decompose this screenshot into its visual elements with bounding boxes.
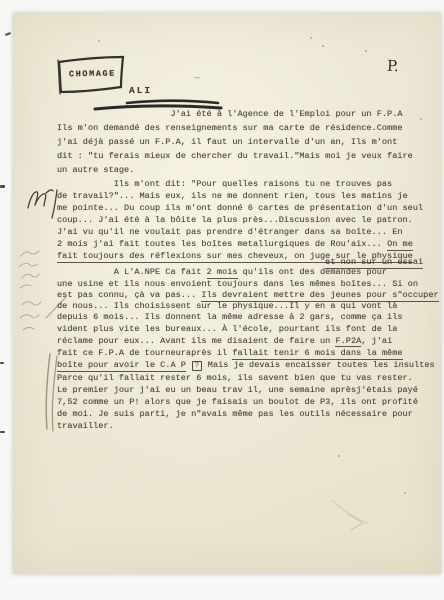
text-run <box>57 257 325 267</box>
paragraph: A L'A.NPE Ca fait 2 mois qu'ils ont des … <box>57 266 437 432</box>
typed-line: j'ai déjà passé un F.P.A, il faut un int… <box>57 136 437 150</box>
text-run: j'ai déjà passé un F.P.A, il faut un int… <box>57 137 397 147</box>
typed-line: est pas connu, çà va pas... Ils devraien… <box>57 290 437 300</box>
text-run: une usine et ils nous envoient toujours … <box>57 279 418 289</box>
scan-background: { "page": { "stamp_label": "CHOMAGE", "t… <box>0 0 444 600</box>
typed-line: Le premier jour j'ai eu un beau trav il,… <box>57 384 437 396</box>
typed-line: Ils m'ont dit: "Pour quelles raisons tu … <box>57 178 437 190</box>
paper-speck <box>365 50 367 52</box>
edge-mark <box>0 431 5 433</box>
text-run: Mais je devais encaisser toutes les insu… <box>203 360 435 370</box>
typed-text: J'ai été à l'Agence de l'Emploi pour un … <box>57 108 437 432</box>
typed-line: J'ai vu qu'il ne voulait pas prendre d'é… <box>57 226 437 238</box>
paper-speck <box>338 455 340 457</box>
typed-line: 2 mois j'ai fait toutes les boîtes metal… <box>57 238 437 250</box>
typed-line: Parce qu'il fallait rester 6 mois, ils s… <box>57 372 437 384</box>
text-run: de moi. Je suis parti, je n"avais même p… <box>57 409 413 419</box>
typed-line: boîte pour avoir le C.A P ? Mais je deva… <box>57 359 437 372</box>
text-run: 2 mois j'ai fait toutes les boîtes metal… <box>57 239 387 249</box>
typed-line: un autre stage. <box>57 164 437 178</box>
boxed-mark: ? <box>192 361 202 372</box>
text-run: depuis 6 mois... Ils donnent la même adr… <box>57 312 403 322</box>
text-run: un autre stage. <box>57 165 134 175</box>
edge-mark <box>5 32 11 36</box>
text-run: 7,52 comme un P! alors que je faisais un… <box>57 397 418 407</box>
text-run: J'ai été à l'Agence de l'Emploi pour un … <box>57 109 403 119</box>
edge-mark <box>0 185 5 188</box>
text-run: de nous... Ils choisissent sur le physiq… <box>57 301 397 311</box>
typed-line: de moi. Je suis parti, je n"avais même p… <box>57 408 437 420</box>
typed-line: et non sur un essai <box>57 260 437 264</box>
text-run: de travail?"... Mais eux, ils ne me donn… <box>57 191 408 201</box>
text-run: A L'A.NPE Ca fait <box>57 267 207 277</box>
paper-speck <box>98 40 100 42</box>
text-run: qu'ils ont des demandes pour <box>238 267 388 277</box>
text-run: est pas connu, çà va pas... <box>57 290 201 300</box>
typed-line: de travail?"... Mais eux, ils ne me donn… <box>57 190 437 202</box>
typed-line: depuis 6 mois... Ils donnent la même adr… <box>57 311 437 323</box>
page-title: ALI <box>129 85 152 96</box>
corner-page-letter: P. <box>387 57 400 76</box>
stamp-label: CHOMAGE <box>69 69 116 80</box>
typed-line: de nous... Ils choisissent sur le physiq… <box>57 301 437 311</box>
paper-speck <box>310 37 312 39</box>
text-run: Le premier jour j'ai eu un beau trav il,… <box>57 385 418 395</box>
underlined-text: 2 mois <box>207 267 238 279</box>
text-run: , j'ai <box>361 336 392 346</box>
typed-line: Ils m'on demandé des renseignements sur … <box>57 122 437 136</box>
text-run: vident plus vite les bureaux... À l'écol… <box>57 324 397 334</box>
text-run: J'ai vu qu'il ne voulait pas prendre d'é… <box>57 227 403 237</box>
underlined-text: F.P2A <box>335 336 361 348</box>
typed-line: travailler. <box>57 420 437 432</box>
typed-line: une usine et ils nous envoient toujours … <box>57 278 437 290</box>
underlined-text: et non sur un essai <box>325 257 423 269</box>
typed-line: J'ai été à l'Agence de l'Emploi pour un … <box>57 108 437 122</box>
typed-line: vident plus vite les bureaux... À l'écol… <box>57 323 437 335</box>
text-run: réclame pour eux... Avant ils me disaien… <box>57 336 335 346</box>
paper-speck <box>322 45 324 47</box>
text-run: travailler. <box>57 421 114 431</box>
paragraph: J'ai été à l'Agence de l'Emploi pour un … <box>57 108 437 178</box>
text-run: dit : "tu ferais mieux de chercher du tr… <box>57 151 413 161</box>
paper-speck <box>404 492 406 494</box>
paragraph: Ils m'ont dit: "Pour quelles raisons tu … <box>57 178 437 267</box>
typed-line: coup... J'ai été à la bôite la plus près… <box>57 214 437 226</box>
text-run <box>186 360 191 370</box>
text-run: Parce qu'il fallait rester 6 mois, ils s… <box>57 373 413 383</box>
typed-line: dit : "tu ferais mieux de chercher du tr… <box>57 150 437 164</box>
text-run: Ils m'ont dit: "Pour quelles raisons tu … <box>57 179 392 189</box>
edge-mark <box>0 362 4 364</box>
typed-line: me pointe... Du coup ils m'ont donné 6 c… <box>57 202 437 214</box>
text-run: me pointe... Du coup ils m'ont donné 6 c… <box>57 203 423 213</box>
underlined-text: On me <box>387 239 413 251</box>
text-run: coup... J'ai été à la bôite la plus près… <box>57 215 413 225</box>
typed-line: réclame pour eux... Avant ils me disaien… <box>57 335 437 347</box>
text-run: Ils m'on demandé des renseignements sur … <box>57 123 403 133</box>
underlined-text: boîte pour avoir le C.A P <box>57 360 186 372</box>
typed-line: 7,52 comme un P! alors que je faisais un… <box>57 396 437 408</box>
typed-line: fait ce F.P.A de tourneuraprès il fallai… <box>57 347 437 359</box>
text-run: fait ce F.P.A de tourneuraprès il <box>57 348 232 358</box>
underlined-text: fallait tenir 6 mois dans la même <box>232 348 402 360</box>
